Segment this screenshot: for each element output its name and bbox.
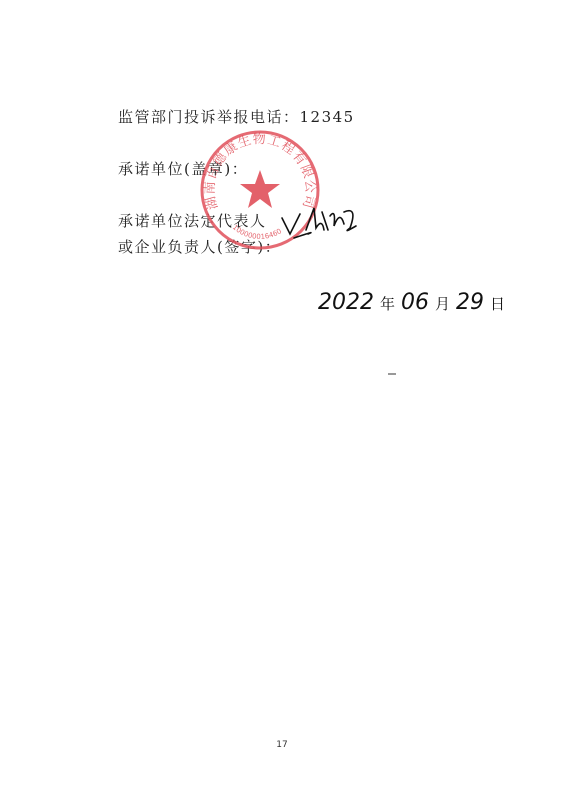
date-month: 06	[401, 290, 429, 315]
date-day: 29	[456, 290, 484, 315]
date-year: 2022	[318, 290, 374, 315]
page-number: 17	[0, 740, 564, 750]
date-month-unit: 月	[435, 295, 450, 313]
scan-artifact	[388, 373, 396, 375]
date-year-unit: 年	[380, 295, 395, 313]
svg-text:100000016460: 100000016460	[231, 223, 283, 241]
signature-icon	[278, 200, 363, 245]
complaint-phone-line: 监管部门投诉举报电话：12345	[118, 106, 355, 127]
date-day-unit: 日	[490, 295, 505, 313]
sign-date: 2022年06月29日	[318, 290, 511, 315]
